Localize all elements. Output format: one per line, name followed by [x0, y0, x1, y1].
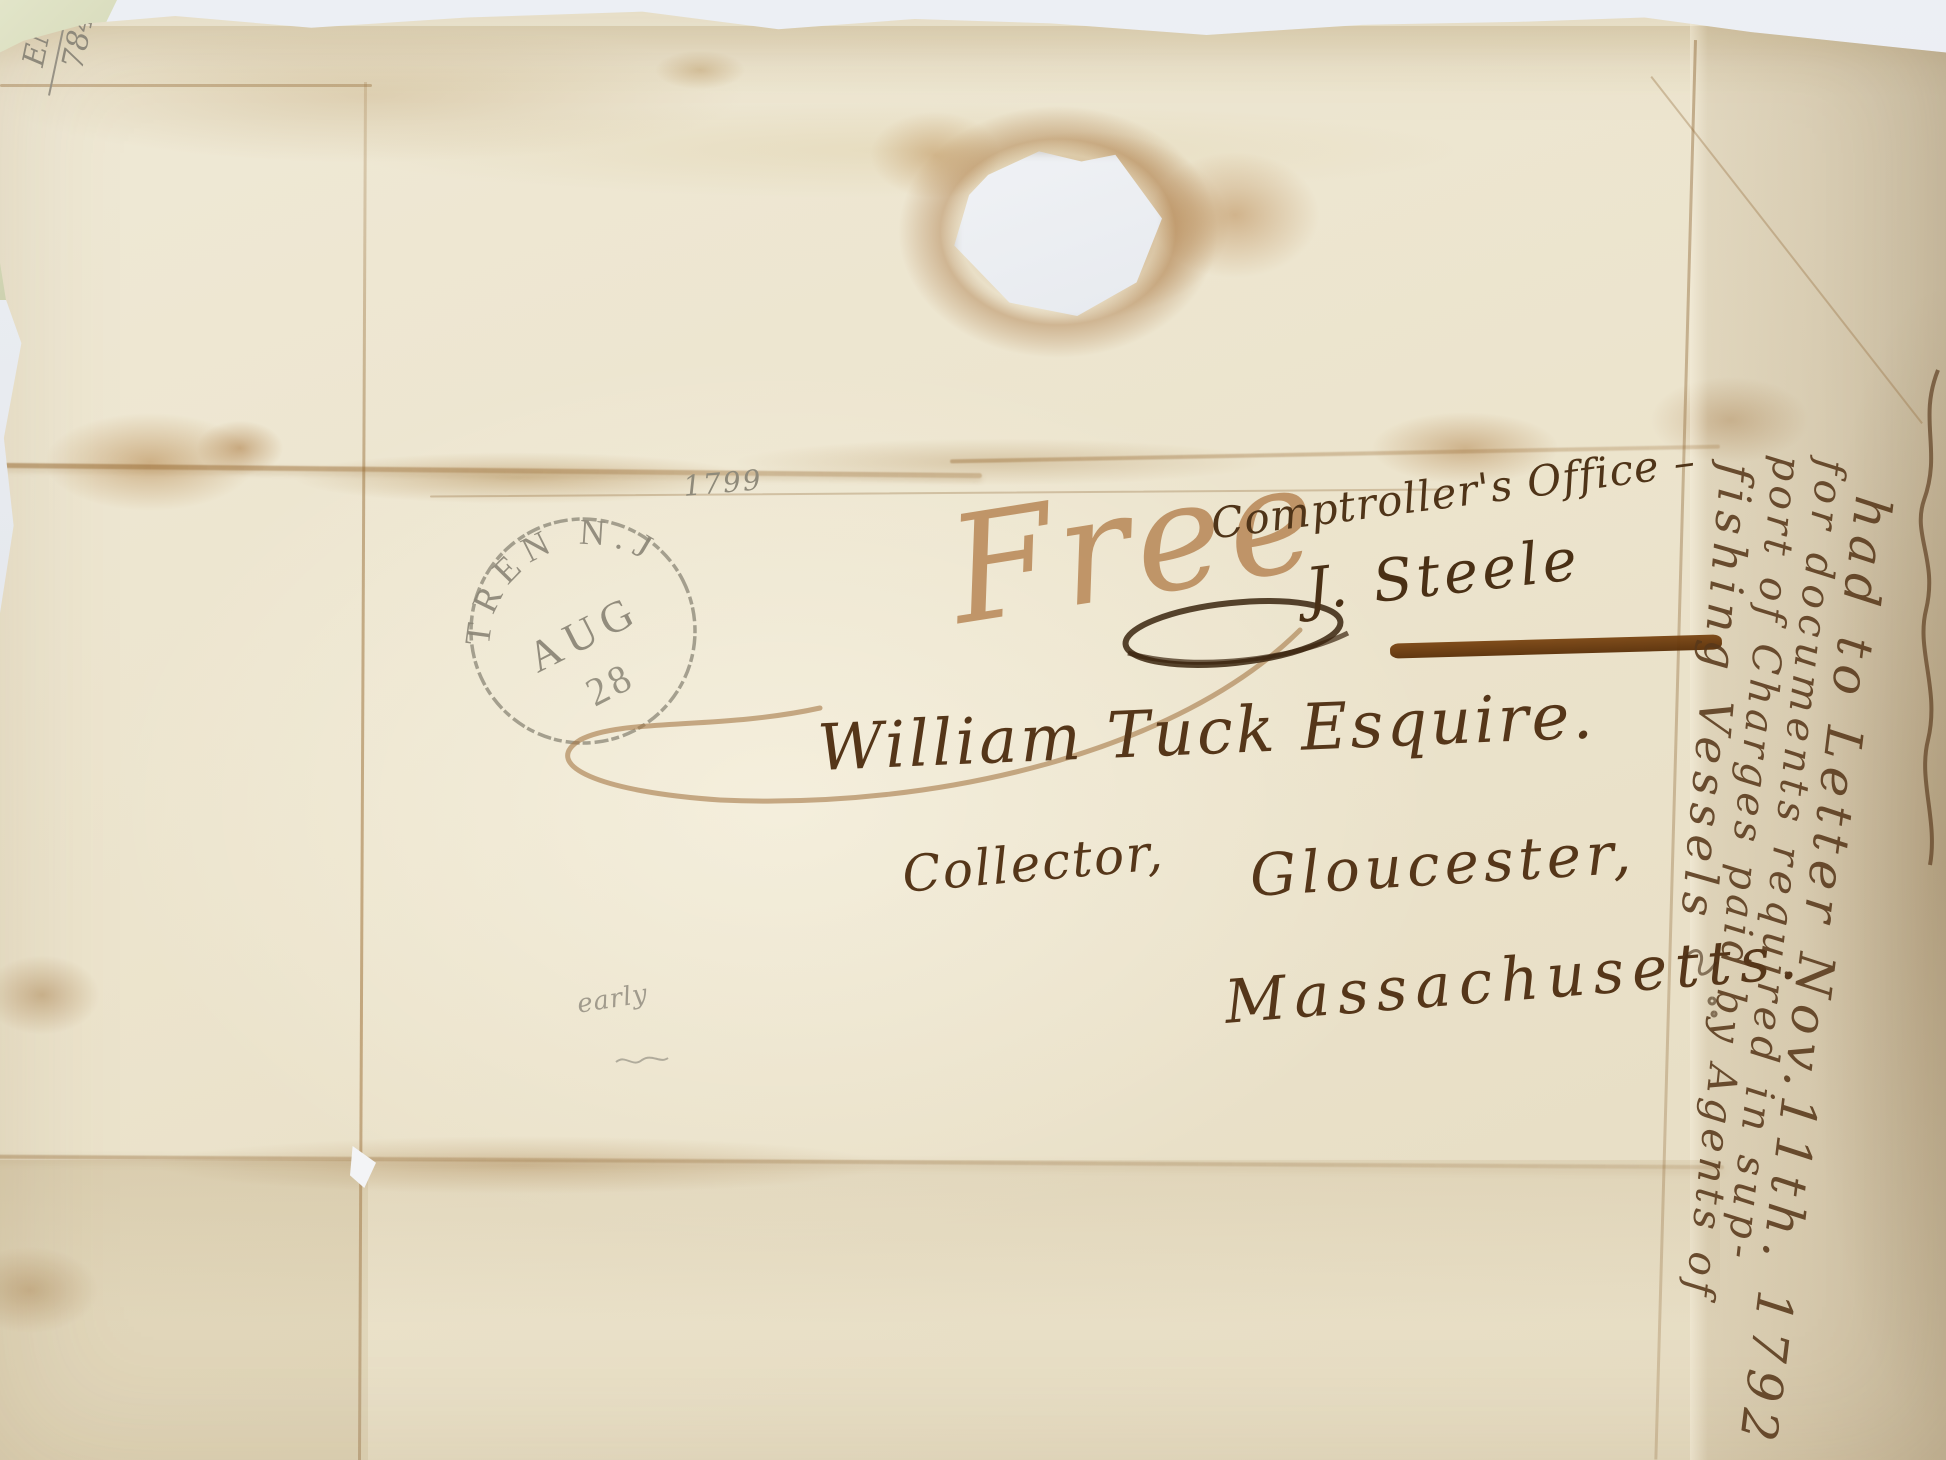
- pencil-early-note: early: [575, 979, 650, 1020]
- edge-cut-writing-fragments: [1908, 360, 1946, 880]
- horizontal-fold-crease-left: [0, 463, 982, 478]
- seal-tear-hole: [950, 148, 1162, 316]
- letter-sheet: TREN N.J AUG 28 Free Comptroller's Offic…: [0, 0, 1946, 1460]
- signature-underline-stroke: [1390, 634, 1722, 658]
- comptroller-signature: J. Steele: [1302, 525, 1584, 624]
- photograph-of-historic-letter: { "document": { "type": "address leaf of…: [0, 0, 1946, 1460]
- bottom-band-shading: [0, 1160, 1720, 1460]
- ink-fragment-marks: [1676, 940, 1724, 1020]
- pencil-year-note: 1799: [682, 463, 764, 503]
- pencil-squiggle: [612, 1048, 672, 1072]
